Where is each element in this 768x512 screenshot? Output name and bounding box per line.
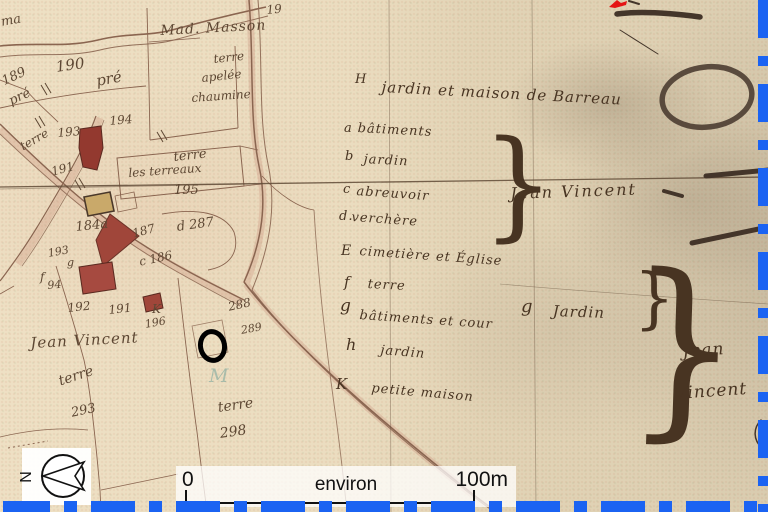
north-label: N <box>18 471 36 483</box>
legend-entry-key: a <box>344 122 353 135</box>
owner-name: Jean Vincent <box>510 182 637 202</box>
parcel-letter: K <box>152 303 161 315</box>
parcel-number: 193 <box>57 125 81 139</box>
map-border-right <box>758 0 768 512</box>
map-border-bottom <box>0 501 768 512</box>
legend-title-key: H <box>355 73 367 86</box>
parcel-number: 192 <box>67 300 91 314</box>
parcel-number: 195 <box>174 184 199 197</box>
legend-entry-key: E <box>341 244 352 258</box>
building-shape <box>79 262 116 294</box>
field-label: pré <box>95 70 123 89</box>
map-canvas: ma 19 Mad. Masson terre apelée chaumine … <box>0 0 768 512</box>
legend-entry-label: jardin <box>363 153 408 168</box>
legend-entry-label: jardin <box>380 344 426 361</box>
legend-entry-key: g <box>521 298 534 316</box>
legend-entry-key: g <box>340 298 352 315</box>
red-registration-mark <box>609 0 627 8</box>
owner-name: Vincent <box>674 381 748 403</box>
parcel-number: 191 <box>108 302 132 316</box>
legend-entry-label: bâtiments <box>357 122 432 139</box>
legend-entry-label: terre <box>367 278 406 293</box>
building-shape <box>84 192 114 216</box>
owner-name: Jean <box>682 341 725 361</box>
legend-entry-key: f <box>344 275 351 290</box>
parcel-number: 19 <box>266 3 282 16</box>
building-shape <box>79 126 103 170</box>
field-label: terre <box>213 50 245 65</box>
parcel-number: 190 <box>55 56 85 75</box>
parcel-number: 196 <box>144 315 167 329</box>
parcel-number: 184a <box>75 218 109 234</box>
legend-entry-key: K <box>336 377 348 392</box>
parcel-number: 298 <box>219 423 247 441</box>
legend-entry-label: Jardin <box>552 304 605 321</box>
legend-entry-key: h <box>346 337 357 353</box>
parcel-number: 289 <box>240 321 263 335</box>
parcel-letter: f <box>40 271 44 283</box>
parcel-number: 94 <box>47 279 62 291</box>
legend-entry-key: b <box>345 150 354 163</box>
parcel-number: 194 <box>109 113 133 127</box>
field-label: ma <box>0 13 22 29</box>
legend-entry-key: c <box>343 183 351 196</box>
parcel-boundaries <box>0 8 347 512</box>
parcel-letter: g <box>67 257 74 268</box>
north-arrow: N <box>22 448 91 505</box>
field-label: M <box>209 367 228 386</box>
